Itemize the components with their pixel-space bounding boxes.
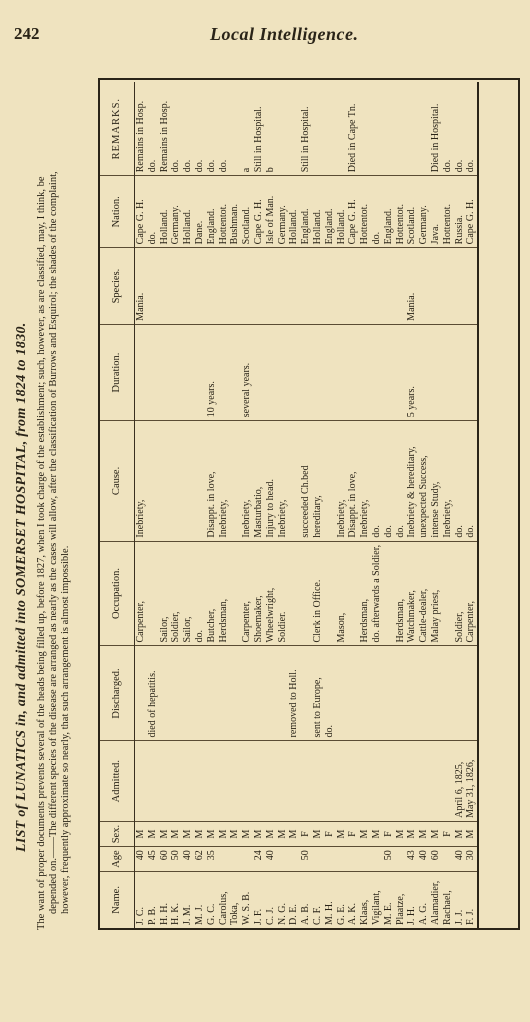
cell-duration: 5 years. [406, 324, 418, 420]
cell-cause: Inebriety, [241, 421, 253, 541]
cell-remarks: Died in Cape Tn. [347, 82, 359, 176]
table-row: Vigilant,Mdo. afterwards a Soldier,do.do… [371, 82, 383, 928]
cell-admitted [206, 741, 218, 821]
cell-remarks [229, 82, 241, 176]
table-row: N. G.MSoldier.Inebriety,Germany. [277, 82, 289, 928]
cell-remarks: Died in Hospital. [430, 82, 442, 176]
cell-occupation: Sailor, [159, 541, 171, 646]
table-row: J. M.40MSailor,Holland.do. [182, 82, 194, 928]
cell-admitted [194, 741, 206, 821]
cell-discharged: died of hepatitis. [147, 646, 159, 741]
cell-occupation [442, 541, 454, 646]
table-row: Carolus,MHerdsman,Inebriety,Hottentot.do… [218, 82, 230, 928]
cell-remarks: do. [454, 82, 466, 176]
cell-occupation [300, 541, 312, 646]
cell-duration: several years. [241, 324, 253, 420]
cell-species [300, 248, 312, 325]
cell-name: Rachael, [442, 871, 454, 928]
cell-discharged [206, 646, 218, 741]
cell-name: D. E. [288, 871, 300, 928]
cell-admitted [442, 741, 454, 821]
cell-occupation: Carpenter, [135, 541, 147, 646]
cell-occupation: Sailor, [182, 541, 194, 646]
cell-admitted [241, 741, 253, 821]
page-number: 242 [14, 24, 40, 44]
cell-species [170, 248, 182, 325]
cell-admitted [135, 741, 147, 821]
cell-cause [159, 421, 171, 541]
cell-duration: 10 years. [206, 324, 218, 420]
cell-occupation: Watchmaker, [406, 541, 418, 646]
header-name: Name. [100, 871, 135, 928]
cell-remarks [395, 82, 407, 176]
cell-age: 45 [147, 847, 159, 872]
cell-occupation: do. afterwards a Soldier, [371, 541, 383, 646]
header-species: Species. [100, 248, 135, 325]
cell-remarks: do. [182, 82, 194, 176]
cell-cause: unexpected Success, [418, 421, 430, 541]
cell-species: Mania. [135, 248, 147, 325]
cell-remarks: a [241, 82, 253, 176]
cell-age: 50 [170, 847, 182, 872]
cell-name: J. H. [406, 871, 418, 928]
cell-sex: M [371, 821, 383, 846]
cell-duration [454, 324, 466, 420]
cell-discharged: removed to Holl. [288, 646, 300, 741]
cell-age [359, 847, 371, 872]
cell-age [442, 847, 454, 872]
cell-nation: England. [383, 176, 395, 248]
table-row: M. H.Fdo.England. [324, 82, 336, 928]
cell-name: J. J. [454, 871, 466, 928]
cell-remarks [277, 82, 289, 176]
cell-remarks: Still in Hospital. [300, 82, 312, 176]
cell-duration [253, 324, 265, 420]
table-row: D. E.Mremoved to Holl.Holland. [288, 82, 300, 928]
cell-name: Toka, [229, 871, 241, 928]
cell-occupation [147, 541, 159, 646]
cell-remarks: Remains in Hosp. [159, 82, 171, 176]
cell-discharged [218, 646, 230, 741]
cell-duration [347, 324, 359, 420]
header-age: Age [100, 847, 135, 872]
cell-remarks [406, 82, 418, 176]
header-remarks: REMARKS. [100, 82, 135, 176]
cell-name: M. H. [324, 871, 336, 928]
rotated-page: LIST of LUNATICS in, and admitted into S… [0, 0, 530, 1022]
cell-remarks [371, 82, 383, 176]
cell-duration [442, 324, 454, 420]
cell-age: 50 [383, 847, 395, 872]
cell-name: J. C. [135, 871, 147, 928]
cell-admitted [253, 741, 265, 821]
cell-sex: M [454, 821, 466, 846]
cell-age: 40 [418, 847, 430, 872]
header-duration: Duration. [100, 324, 135, 420]
cell-species [465, 248, 478, 325]
cell-cause: do. [395, 421, 407, 541]
cell-discharged [241, 646, 253, 741]
cell-cause [288, 421, 300, 541]
cell-species [454, 248, 466, 325]
cell-nation: Russia. [454, 176, 466, 248]
cell-occupation: Cattle-dealer, [418, 541, 430, 646]
cell-species [182, 248, 194, 325]
cell-sex: M [288, 821, 300, 846]
cell-cause: do. [371, 421, 383, 541]
cell-admitted: May 31, 1826, [465, 741, 478, 821]
cell-nation: Isle of Man. [265, 176, 277, 248]
cell-discharged: sent to Europe, [312, 646, 324, 741]
cell-cause: Inebriety, [218, 421, 230, 541]
cell-cause: do. [383, 421, 395, 541]
cell-admitted [324, 741, 336, 821]
cell-age [312, 847, 324, 872]
cell-nation: Germany. [170, 176, 182, 248]
cell-remarks [336, 82, 348, 176]
cell-admitted [265, 741, 277, 821]
cell-remarks: do. [170, 82, 182, 176]
table-row: P. B.45Mdied of hepatitis.do.do. [147, 82, 159, 928]
cell-duration [218, 324, 230, 420]
cell-sex: M [159, 821, 171, 846]
cell-admitted [159, 741, 171, 821]
cell-discharged [159, 646, 171, 741]
cell-age: 43 [406, 847, 418, 872]
cell-species [194, 248, 206, 325]
cell-nation: Hottentot. [442, 176, 454, 248]
cell-sex: M [430, 821, 442, 846]
table-row: G. E.MMason,Inebriety,Holland. [336, 82, 348, 928]
cell-discharged [182, 646, 194, 741]
cell-sex: M [170, 821, 182, 846]
cell-nation: do. [147, 176, 159, 248]
cell-admitted [182, 741, 194, 821]
cell-species [229, 248, 241, 325]
cell-duration [135, 324, 147, 420]
cell-occupation [229, 541, 241, 646]
cell-name: J. F. [253, 871, 265, 928]
cell-occupation: Mason, [336, 541, 348, 646]
cell-name: G. E. [336, 871, 348, 928]
cell-admitted [277, 741, 289, 821]
cell-sex: M [336, 821, 348, 846]
cell-cause: Inebriety & hereditary, [406, 421, 418, 541]
cell-species [359, 248, 371, 325]
cell-occupation: Butcher, [206, 541, 218, 646]
cell-cause: intense Study, [430, 421, 442, 541]
cell-name: C. F. [312, 871, 324, 928]
cell-occupation: Herdsman, [359, 541, 371, 646]
cell-nation: Holland. [182, 176, 194, 248]
table-row: Toka,MBushman. [229, 82, 241, 928]
cell-cause [229, 421, 241, 541]
cell-name: M. J. [194, 871, 206, 928]
cell-age: 60 [430, 847, 442, 872]
cell-species [371, 248, 383, 325]
cell-name: G. C. [206, 871, 218, 928]
cell-admitted [347, 741, 359, 821]
table-row: A. B.50Fsucceeded Ch.bedEngland.Still in… [300, 82, 312, 928]
cell-sex: M [277, 821, 289, 846]
cell-discharged [383, 646, 395, 741]
cell-discharged [229, 646, 241, 741]
cell-name: N. G. [277, 871, 289, 928]
cell-cause: Injury to head. [265, 421, 277, 541]
cell-species [265, 248, 277, 325]
cell-cause: hereditary, [312, 421, 324, 541]
table-row: J. H.43MWatchmaker,Inebriety & hereditar… [406, 82, 418, 928]
cell-cause: Inebriety, [336, 421, 348, 541]
cell-admitted [406, 741, 418, 821]
cell-name: Klaas, [359, 871, 371, 928]
cell-species [241, 248, 253, 325]
cell-cause [147, 421, 159, 541]
cell-discharged [442, 646, 454, 741]
cell-nation: Bushman. [229, 176, 241, 248]
table-header-row: Name. Age Sex. Admitted. Discharged. Occ… [100, 82, 135, 928]
cell-occupation: Malay priest, [430, 541, 442, 646]
cell-name: J. M. [182, 871, 194, 928]
cell-cause: Inebriety, [277, 421, 289, 541]
cell-sex: M [465, 821, 478, 846]
cell-age: 40 [454, 847, 466, 872]
cell-sex: M [218, 821, 230, 846]
table-row: W. S. B.MCarpenter,Inebriety,several yea… [241, 82, 253, 928]
cell-sex: M [265, 821, 277, 846]
cell-name: Vigilant, [371, 871, 383, 928]
cell-sex: F [442, 821, 454, 846]
cell-age [347, 847, 359, 872]
cell-cause: Disappt. in love, [347, 421, 359, 541]
header-occupation: Occupation. [100, 541, 135, 646]
cell-admitted [418, 741, 430, 821]
cell-sex: M [359, 821, 371, 846]
cell-duration [265, 324, 277, 420]
list-title: LIST of LUNATICS in, and admitted into S… [14, 322, 30, 852]
cell-duration [147, 324, 159, 420]
cell-duration [465, 324, 478, 420]
cell-admitted [430, 741, 442, 821]
cell-nation: Cape G. H. [465, 176, 478, 248]
cell-sex: M [406, 821, 418, 846]
cell-age [277, 847, 289, 872]
table-row: M. J.62Mdo.Dane.do. [194, 82, 206, 928]
cell-admitted [336, 741, 348, 821]
cell-discharged [253, 646, 265, 741]
table-row: F. J.30MMay 31, 1826,Carpenter,do.Cape G… [465, 82, 478, 928]
cell-nation: England. [324, 176, 336, 248]
cell-name: C. J. [265, 871, 277, 928]
table-row: C. F.Msent to Europe,Clerk in Office.her… [312, 82, 324, 928]
cell-discharged [277, 646, 289, 741]
cell-remarks: Remains in Hosp. [135, 82, 147, 176]
cell-species [159, 248, 171, 325]
cell-nation: Cape G. H. [347, 176, 359, 248]
cell-duration [277, 324, 289, 420]
cell-name: P. B. [147, 871, 159, 928]
cell-duration [312, 324, 324, 420]
cell-nation: Hottentot. [359, 176, 371, 248]
intro-text: The want of proper documents prevents se… [36, 140, 72, 930]
cell-species [336, 248, 348, 325]
cell-remarks: do. [206, 82, 218, 176]
header-discharged: Discharged. [100, 646, 135, 741]
cell-name: H. K. [170, 871, 182, 928]
cell-sex: M [253, 821, 265, 846]
cell-remarks: do. [465, 82, 478, 176]
cell-duration [359, 324, 371, 420]
cell-name: W. S. B. [241, 871, 253, 928]
cell-discharged [371, 646, 383, 741]
cell-remarks: b [265, 82, 277, 176]
cell-remarks [418, 82, 430, 176]
cell-occupation: do. [194, 541, 206, 646]
cell-name: A. K. [347, 871, 359, 928]
cell-nation: Cape G. H. [135, 176, 147, 248]
table-row: J. F.24MShoemaker,Masturbatio,Cape G. H.… [253, 82, 265, 928]
cell-name: Carolus, [218, 871, 230, 928]
table-row: Rachael,FInebriety,Hottentot.do. [442, 82, 454, 928]
cell-duration [229, 324, 241, 420]
cell-name: H. H. [159, 871, 171, 928]
cell-duration [371, 324, 383, 420]
header-cause: Cause. [100, 421, 135, 541]
cell-occupation [347, 541, 359, 646]
cell-age [229, 847, 241, 872]
cell-duration [182, 324, 194, 420]
cell-nation: Holland. [336, 176, 348, 248]
cell-age: 35 [206, 847, 218, 872]
cell-cause: Disappt. in love, [206, 421, 218, 541]
cell-species [418, 248, 430, 325]
cell-age: 62 [194, 847, 206, 872]
cell-duration [300, 324, 312, 420]
cell-name: A. G. [418, 871, 430, 928]
cell-age: 30 [465, 847, 478, 872]
cell-species [206, 248, 218, 325]
table-row: H. K.50MSoldier,Germany.do. [170, 82, 182, 928]
cell-occupation [324, 541, 336, 646]
header-sex: Sex. [100, 821, 135, 846]
cell-species [218, 248, 230, 325]
cell-admitted [288, 741, 300, 821]
cell-discharged [465, 646, 478, 741]
cell-age: 24 [253, 847, 265, 872]
cell-occupation: Soldier, [454, 541, 466, 646]
table-row: Alamadier,60MMalay priest,intense Study,… [430, 82, 442, 928]
cell-species [347, 248, 359, 325]
cell-age: 50 [300, 847, 312, 872]
cell-remarks: do. [147, 82, 159, 176]
cell-duration [395, 324, 407, 420]
cell-sex: M [229, 821, 241, 846]
cell-age [288, 847, 300, 872]
table-row: J. C.40MCarpenter,Inebriety,Mania.Cape G… [135, 82, 147, 928]
cell-admitted [218, 741, 230, 821]
cell-occupation [383, 541, 395, 646]
cell-name: F. J. [465, 871, 478, 928]
cell-admitted [170, 741, 182, 821]
cell-cause [182, 421, 194, 541]
cell-remarks [359, 82, 371, 176]
cell-species [147, 248, 159, 325]
cell-cause: Inebriety, [442, 421, 454, 541]
cell-nation: Holland. [312, 176, 324, 248]
cell-sex: M [182, 821, 194, 846]
cell-discharged [347, 646, 359, 741]
cell-remarks: Still in Hospital. [253, 82, 265, 176]
cell-nation: Holland. [288, 176, 300, 248]
cell-remarks [383, 82, 395, 176]
cell-discharged [406, 646, 418, 741]
cell-name: Alamadier, [430, 871, 442, 928]
cell-sex: M [418, 821, 430, 846]
cell-discharged [336, 646, 348, 741]
cell-admitted [395, 741, 407, 821]
cell-sex: M [206, 821, 218, 846]
cell-sex: M [312, 821, 324, 846]
table-body: J. C.40MCarpenter,Inebriety,Mania.Cape G… [135, 82, 479, 928]
cell-age: 40 [265, 847, 277, 872]
cell-remarks: do. [218, 82, 230, 176]
cell-occupation: Soldier, [170, 541, 182, 646]
table-row: Plaatze,MHerdsman,do.Hottentot. [395, 82, 407, 928]
cell-name: A. B. [300, 871, 312, 928]
lunatics-table: Name. Age Sex. Admitted. Discharged. Occ… [100, 82, 479, 928]
cell-nation: Scotland. [241, 176, 253, 248]
cell-species [442, 248, 454, 325]
cell-admitted [147, 741, 159, 821]
cell-nation: England. [300, 176, 312, 248]
cell-occupation [288, 541, 300, 646]
cell-duration [430, 324, 442, 420]
cell-duration [383, 324, 395, 420]
cell-species [430, 248, 442, 325]
cell-nation: do. [371, 176, 383, 248]
cell-occupation: Clerk in Office. [312, 541, 324, 646]
cell-discharged [395, 646, 407, 741]
cell-duration [159, 324, 171, 420]
cell-admitted [300, 741, 312, 821]
running-head: 242 Local Intelligence. [0, 0, 530, 70]
cell-occupation: Herdsman, [395, 541, 407, 646]
cell-sex: M [395, 821, 407, 846]
cell-cause: do. [465, 421, 478, 541]
header-admitted: Admitted. [100, 741, 135, 821]
cell-discharged [170, 646, 182, 741]
cell-cause: Masturbatio, [253, 421, 265, 541]
cell-nation: Scotland. [406, 176, 418, 248]
cell-admitted [359, 741, 371, 821]
cell-duration [418, 324, 430, 420]
cell-age: 40 [135, 847, 147, 872]
cell-species [288, 248, 300, 325]
table-row: J. J.40MApril 6, 1825,Soldier,do.Russia.… [454, 82, 466, 928]
cell-occupation: Herdsman, [218, 541, 230, 646]
cell-discharged [300, 646, 312, 741]
table-row: G. C.35MButcher,Disappt. in love,10 year… [206, 82, 218, 928]
cell-cause: do. [454, 421, 466, 541]
cell-nation: Hottentot. [395, 176, 407, 248]
table-row: A. G.40MCattle-dealer,unexpected Success… [418, 82, 430, 928]
cell-cause [194, 421, 206, 541]
cell-sex: M [147, 821, 159, 846]
cell-sex: F [383, 821, 395, 846]
cell-nation: Java. [430, 176, 442, 248]
cell-discharged [359, 646, 371, 741]
cell-duration [324, 324, 336, 420]
